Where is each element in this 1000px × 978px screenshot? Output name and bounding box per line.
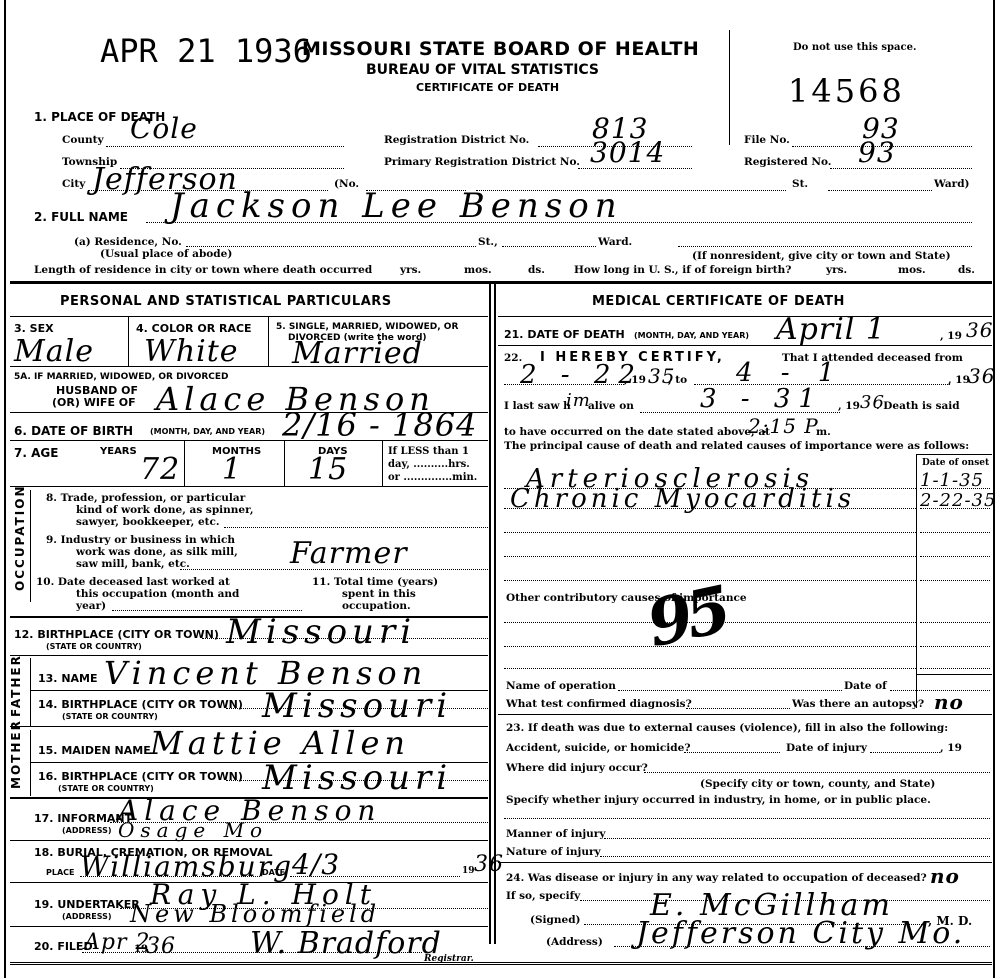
physician-address-field[interactable]: Jefferson City Mo. — [636, 916, 965, 951]
full-name-label: 2. FULL NAME — [34, 210, 128, 224]
where-injury-label: Where did injury occur? — [506, 762, 648, 774]
full-name-field[interactable]: Jackson Lee Benson — [170, 186, 623, 226]
autopsy-field[interactable]: no — [934, 690, 964, 714]
county-label: County — [62, 134, 104, 146]
foreign-mos-label: mos. — [898, 264, 926, 276]
operation-label: Name of operation — [506, 680, 616, 692]
attended-to-year-field[interactable]: 36 — [968, 364, 995, 388]
attended-to-year-prefix: , 19 — [948, 374, 970, 386]
column-divider-1 — [489, 284, 491, 944]
reg-district-label: Registration District No. — [384, 134, 529, 146]
where-injury-sub: (Specify city or town, county, and State… — [700, 778, 935, 790]
last-saw-label: I last saw h — [504, 400, 571, 412]
registered-no-field[interactable]: 93 — [858, 136, 896, 169]
dod-field[interactable]: April 1 — [776, 312, 886, 347]
page-right-border — [993, 0, 995, 978]
length-residence-label: Length of residence in city or town wher… — [34, 264, 372, 276]
death-certificate: APR 21 1936 MISSOURI STATE BOARD OF HEAL… — [0, 0, 1000, 978]
medical-section-title: MEDICAL CERTIFICATE OF DEATH — [592, 294, 845, 309]
burial-date-label: DATE — [262, 868, 285, 877]
total-time-label-3: occupation. — [342, 600, 411, 612]
mother-birthplace-sub: (STATE OR COUNTRY) — [58, 784, 154, 793]
ds-label: ds. — [528, 264, 545, 276]
office-note: Do not use this space. — [793, 42, 916, 53]
marital-label: 5. SINGLE, MARRIED, WIDOWED, OR — [276, 322, 458, 332]
coder-mark: 95 — [641, 573, 732, 662]
mos-label: mos. — [464, 264, 492, 276]
last-worked-label-3: year) — [76, 600, 106, 612]
cause-2-onset-field[interactable]: 2-22-35 — [920, 490, 996, 511]
trade-label-3: sawyer, bookkeeper, etc. — [76, 516, 220, 528]
sex-field[interactable]: Male — [14, 334, 94, 369]
time-of-death-field[interactable]: 2:15 P — [748, 414, 819, 438]
header-divider — [729, 30, 730, 145]
injury-place-type-label: Specify whether injury occurred in indus… — [506, 794, 931, 806]
years-label: YEARS — [100, 446, 137, 457]
form-title: MISSOURI STATE BOARD OF HEALTH — [302, 38, 699, 60]
nature-injury-label: Nature of injury — [506, 846, 601, 858]
primary-reg-label: Primary Registration District No. — [384, 156, 580, 168]
time-suffix: m. — [816, 426, 831, 438]
residence-ward-label: Ward. — [598, 236, 632, 248]
minutes-label: or ..............min. — [388, 472, 477, 483]
occupation-related-field[interactable]: no — [930, 864, 960, 888]
onset-header: Date of onset — [922, 458, 989, 468]
burial-place-label: PLACE — [46, 868, 75, 877]
form-name: CERTIFICATE OF DEATH — [416, 81, 559, 94]
alive-on-label: alive on — [588, 400, 634, 412]
total-time-label: 11. Total time (years) — [312, 576, 438, 588]
less-than-day-label: If LESS than 1 — [388, 446, 469, 457]
father-birthplace-sub: (STATE OR COUNTRY) — [62, 712, 158, 721]
ward-label: Ward) — [934, 178, 970, 190]
father-name-label: 13. NAME — [38, 672, 98, 685]
residence-label: (a) Residence, No. — [74, 236, 182, 248]
autopsy-label: Was there an autopsy? — [792, 698, 924, 710]
time-occurred-label: to have occurred on the date stated abov… — [504, 426, 770, 438]
county-field[interactable]: Cole — [130, 112, 198, 145]
birthplace-field[interactable]: Missouri — [226, 612, 416, 652]
burial-year-field[interactable]: 36 — [474, 852, 504, 877]
mother-side-label: MOTHER — [9, 729, 23, 789]
mother-birthplace-label: 16. BIRTHPLACE (CITY OR TOWN) — [38, 770, 243, 783]
cause-2-field[interactable]: Chronic Myocarditis — [510, 484, 855, 514]
dod-year-prefix: , 19 — [940, 330, 962, 342]
father-birthplace-label: 14. BIRTHPLACE (CITY OR TOWN) — [38, 698, 243, 711]
bottom-rule — [10, 962, 992, 965]
last-saw-year-prefix: , 19 — [838, 400, 860, 412]
foreign-yrs-label: yrs. — [826, 264, 847, 276]
physician-address-label: (Address) — [546, 936, 603, 948]
column-divider-2 — [494, 284, 496, 944]
total-time-label-2: spent in this — [342, 588, 416, 600]
principal-cause-label: The principal cause of death and related… — [504, 440, 969, 452]
injury-year-prefix: , 19 — [940, 742, 962, 754]
undertaker-label: 19. UNDERTAKER — [34, 898, 140, 911]
age-years-field[interactable]: 72 — [140, 452, 180, 487]
received-stamp: APR 21 1936 — [100, 32, 312, 70]
file-no-label: File No. — [744, 134, 790, 146]
industry-field[interactable]: Farmer — [290, 536, 408, 571]
industry-label-2: work was done, as silk mill, — [76, 546, 238, 558]
yrs-label: yrs. — [400, 264, 421, 276]
hours-label: day, ..........hrs. — [388, 459, 470, 470]
external-causes-label: 23. If death was due to external causes … — [506, 722, 948, 734]
dob-sub: (MONTH, DAY, AND YEAR) — [150, 427, 265, 436]
dob-label: 6. DATE OF BIRTH — [14, 424, 133, 438]
mother-maiden-field[interactable]: Mattie Allen — [150, 724, 410, 762]
undertaker-address-label: (ADDRESS) — [62, 912, 112, 921]
residence-st-label: St., — [478, 236, 498, 248]
test-label: What test confirmed diagnosis? — [506, 698, 692, 710]
dod-label: 21. DATE OF DEATH — [504, 328, 625, 341]
last-worked-label: 10. Date deceased last worked at — [36, 576, 230, 588]
registered-no-label: Registered No. — [744, 156, 831, 168]
foreign-birth-label: How long in U. S., if of foreign birth? — [574, 264, 791, 276]
father-birthplace-field[interactable]: Missouri — [262, 686, 452, 726]
informant-address-field[interactable]: Osage Mo — [118, 818, 268, 842]
injury-date-label: Date of injury — [786, 742, 867, 754]
personal-section-title: PERSONAL AND STATISTICAL PARTICULARS — [60, 294, 392, 309]
onset-column-divider — [916, 454, 917, 708]
industry-label: 9. Industry or business in which — [46, 534, 235, 546]
accident-label: Accident, suicide, or homicide? — [506, 742, 690, 754]
trade-label: 8. Trade, profession, or particular — [46, 492, 245, 504]
foreign-ds-label: ds. — [958, 264, 975, 276]
occupation-side-label: OCCUPATION — [13, 503, 27, 591]
informant-address-label: (ADDRESS) — [62, 826, 112, 835]
age-label: 7. AGE — [14, 446, 58, 460]
burial-date-field[interactable]: 4/3 — [292, 848, 340, 881]
header-bottom-rule — [10, 281, 992, 284]
filed-year-field[interactable]: 36 — [146, 934, 176, 959]
certificate-number: 14568 — [788, 72, 905, 110]
race-field[interactable]: White — [144, 334, 239, 369]
city-label: City — [62, 178, 85, 190]
occupation-related-label: 24. Was disease or injury in any way rel… — [506, 872, 927, 884]
undertaker-address-field[interactable]: New Bloomfield — [130, 900, 380, 928]
to-label: , to — [668, 374, 687, 386]
industry-label-3: saw mill, bank, etc. — [76, 558, 190, 570]
page-left-border — [4, 0, 6, 978]
cause-1-onset-field[interactable]: 1-1-35 — [920, 470, 984, 491]
death-said-label: . Death is said — [876, 400, 960, 412]
burial-year-prefix: 19 — [462, 866, 475, 876]
age-months-field[interactable]: 1 — [222, 452, 242, 487]
wife-of-label: (OR) WIFE OF — [52, 396, 136, 409]
last-saw-date-field[interactable]: 3 - 31 — [700, 384, 823, 414]
primary-reg-field[interactable]: 3014 — [590, 136, 665, 169]
signed-label: (Signed) — [530, 914, 581, 926]
age-days-field[interactable]: 15 — [308, 452, 348, 487]
registrar-signature[interactable]: W. Bradford — [250, 926, 442, 961]
mother-birthplace-field[interactable]: Missouri — [262, 758, 452, 798]
mother-maiden-label: 15. MAIDEN NAME — [38, 744, 151, 757]
nonresident-note: (If nonresident, give city or town and S… — [692, 250, 951, 262]
form-subtitle: BUREAU OF VITAL STATISTICS — [366, 62, 599, 78]
attended-from-year-prefix: , 19 — [624, 374, 646, 386]
dob-field[interactable]: 2/16 - 1864 — [282, 406, 477, 444]
dod-sub: (MONTH, DAY, AND YEAR) — [634, 331, 749, 340]
birthplace-sub: (STATE OR COUNTRY) — [46, 642, 142, 651]
father-side-label: FATHER — [9, 657, 23, 717]
if-so-label: If so, specify — [506, 890, 580, 902]
last-worked-label-2: this occupation (month and — [76, 588, 239, 600]
manner-injury-label: Manner of injury — [506, 828, 605, 840]
operation-date-label: Date of — [844, 680, 887, 692]
street-label: St. — [792, 178, 808, 190]
trade-label-2: kind of work done, as spinner, — [76, 504, 254, 516]
dod-year-field[interactable]: 36 — [966, 318, 993, 342]
birthplace-label: 12. BIRTHPLACE (CITY OR TOWN) — [14, 628, 219, 641]
residence-sub: (Usual place of abode) — [100, 248, 232, 260]
